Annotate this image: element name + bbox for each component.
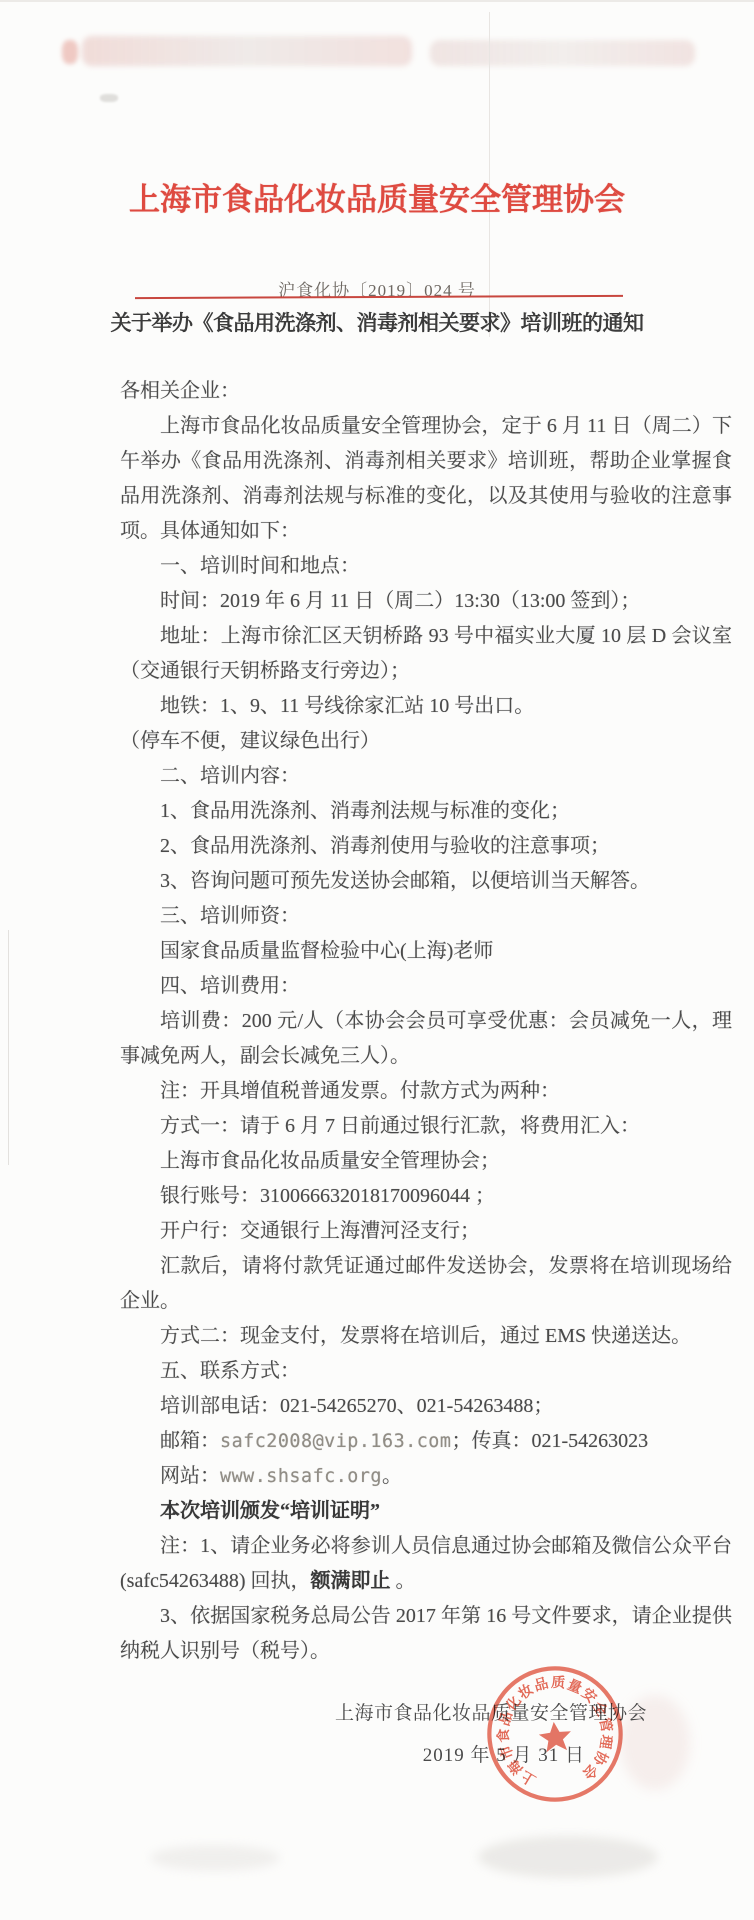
seal-character: 质 bbox=[551, 1674, 566, 1691]
paragraph-line: 方式一：请于 6 月 7 日前通过银行汇款，将费用汇入： bbox=[120, 1109, 732, 1144]
paragraph-line: 注：1、请企业务必将参训人员信息通过协会邮箱及微信公众平台(safc542634… bbox=[120, 1529, 732, 1599]
contact-value: safc2008@vip.163.com bbox=[220, 1431, 451, 1452]
text-segment: 3、咨询问题可预先发送协会邮箱，以便培训当天解答。 bbox=[160, 870, 650, 892]
paragraph-line: 国家食品质量监督检验中心(上海)老师 bbox=[120, 934, 732, 969]
paragraph-line: 开户行：交通银行上海漕河泾支行； bbox=[120, 1214, 732, 1249]
scanned-notice-page: { "colors": { "org_title_red": "#de4a40"… bbox=[0, 0, 754, 1920]
seal-character: 理 bbox=[597, 1734, 615, 1751]
scan-noise-line bbox=[8, 930, 9, 1165]
seal-character: 食 bbox=[495, 1728, 511, 1743]
scan-noise-band bbox=[430, 40, 695, 66]
text-segment: 二、培训内容： bbox=[160, 765, 300, 787]
paragraph-line: 1、食品用洗涤剂、消毒剂法规与标准的变化； bbox=[120, 794, 732, 829]
paragraph-line: 3、依据国家税务总局公告 2017 年第 16 号文件要求，请企业提供纳税人识别… bbox=[120, 1599, 732, 1669]
text-segment: 五、联系方式： bbox=[160, 1360, 300, 1382]
paragraph-line: （停车不便，建议绿色出行） bbox=[120, 724, 732, 759]
paragraph-line: 网站：www.shsafc.org。 bbox=[120, 1459, 732, 1494]
paragraph-line: 二、培训内容： bbox=[120, 759, 732, 794]
text-segment: 网站： bbox=[160, 1465, 220, 1487]
organization-letterhead-title: 上海市食品化妆品质量安全管理协会 bbox=[0, 174, 754, 219]
scan-noise-band bbox=[82, 36, 412, 66]
text-segment: 本次培训颁发“培训证明” bbox=[160, 1500, 380, 1522]
text-segment: 方式一：请于 6 月 7 日前通过银行汇款，将费用汇入： bbox=[160, 1115, 640, 1137]
text-segment: 上海市食品化妆品质量安全管理协会； bbox=[160, 1150, 500, 1172]
paragraph-line: 地铁：1、9、11 号线徐家汇站 10 号出口。 bbox=[120, 689, 732, 724]
scan-page-top-edge bbox=[0, 0, 754, 2]
text-segment: 四、培训费用： bbox=[160, 975, 300, 997]
seal-character: 管 bbox=[597, 1716, 615, 1733]
text-segment: 注：开具增值税普通发票。付款方式为两种： bbox=[160, 1080, 560, 1102]
text-segment: 培训费：200 元/人（本协会会员可享受优惠：会员减免一人，理事减免两人，副会长… bbox=[120, 1010, 732, 1067]
text-segment: 银行账号：310066632018170096044 ； bbox=[160, 1185, 495, 1207]
paragraph-line: 3、咨询问题可预先发送协会邮箱，以便培训当天解答。 bbox=[120, 864, 732, 899]
scan-noise-smudge bbox=[150, 1845, 280, 1871]
paragraph-line: 方式二：现金支付，发票将在培训后，通过 EMS 快递送达。 bbox=[120, 1319, 732, 1354]
paragraph-line: 培训费：200 元/人（本协会会员可享受优惠：会员减免一人，理事减免两人，副会长… bbox=[120, 1004, 732, 1074]
paragraph-line: 2、食品用洗涤剂、消毒剂使用与验收的注意事项； bbox=[120, 829, 732, 864]
paragraph-line: 一、培训时间和地点： bbox=[120, 549, 732, 584]
text-segment: （停车不便，建议绿色出行） bbox=[120, 730, 380, 752]
paragraph-line: 银行账号：310066632018170096044 ； bbox=[120, 1179, 732, 1214]
paragraph-line: 汇款后，请将付款凭证通过邮件发送协会，发票将在培训现场给企业。 bbox=[120, 1249, 732, 1319]
text-segment: 额满即止 bbox=[311, 1570, 391, 1592]
contact-value: www.shsafc.org bbox=[220, 1466, 382, 1487]
official-red-seal: 上海市食品化妆品质量安全管理协会 bbox=[473, 1652, 638, 1817]
text-segment: 。 bbox=[382, 1465, 402, 1487]
paragraph-line: 各相关企业： bbox=[120, 374, 732, 409]
text-segment: 培训部电话：021-54265270、021-54263488； bbox=[160, 1395, 553, 1417]
text-segment: 1、食品用洗涤剂、消毒剂法规与标准的变化； bbox=[160, 800, 570, 822]
text-segment: 邮箱： bbox=[160, 1430, 220, 1452]
paragraph-line: 三、培训师资： bbox=[120, 899, 732, 934]
seal-star-icon bbox=[538, 1720, 573, 1753]
text-segment: ；传真：021-54263023 bbox=[451, 1430, 648, 1452]
text-segment: 上海市食品化妆品质量安全管理协会，定于 6 月 11 日（周二）下午举办《食品用… bbox=[120, 415, 732, 542]
text-segment: 时间：2019 年 6 月 11 日（周二）13:30（13:00 签到）； bbox=[160, 590, 640, 612]
paragraph-line: 四、培训费用： bbox=[120, 969, 732, 1004]
paragraph-line: 本次培训颁发“培训证明” bbox=[120, 1494, 732, 1529]
notice-subject-title: 关于举办《食品用洗涤剂、消毒剂相关要求》培训班的通知 bbox=[0, 307, 754, 337]
paragraph-line: 注：开具增值税普通发票。付款方式为两种： bbox=[120, 1074, 732, 1109]
paragraph-line: 培训部电话：021-54265270、021-54263488； bbox=[120, 1389, 732, 1424]
paragraph-line: 邮箱：safc2008@vip.163.com；传真：021-54263023 bbox=[120, 1424, 732, 1459]
text-segment: 地址：上海市徐汇区天钥桥路 93 号中福实业大厦 10 层 D 会议室（交通银行… bbox=[120, 625, 732, 682]
paragraph-line: 地址：上海市徐汇区天钥桥路 93 号中福实业大厦 10 层 D 会议室（交通银行… bbox=[120, 619, 732, 689]
text-segment: 三、培训师资： bbox=[160, 905, 300, 927]
paragraph-line: 五、联系方式： bbox=[120, 1354, 732, 1389]
text-segment: 各相关企业： bbox=[120, 380, 240, 402]
scan-noise-speck bbox=[100, 94, 118, 102]
text-segment: 开户行：交通银行上海漕河泾支行； bbox=[160, 1220, 480, 1242]
paragraph-line: 上海市食品化妆品质量安全管理协会； bbox=[120, 1144, 732, 1179]
text-segment: 3、依据国家税务总局公告 2017 年第 16 号文件要求，请企业提供纳税人识别… bbox=[120, 1605, 732, 1662]
scan-noise-speck bbox=[62, 40, 78, 64]
seal-character: 品 bbox=[532, 1674, 550, 1693]
paragraph-line: 上海市食品化妆品质量安全管理协会，定于 6 月 11 日（周二）下午举办《食品用… bbox=[120, 409, 732, 549]
text-segment: 地铁：1、9、11 号线徐家汇站 10 号出口。 bbox=[160, 695, 534, 717]
seal-character: 市 bbox=[497, 1743, 517, 1762]
text-segment: 一、培训时间和地点： bbox=[160, 555, 360, 577]
document-body: 各相关企业：上海市食品化妆品质量安全管理协会，定于 6 月 11 日（周二）下午… bbox=[120, 374, 732, 1669]
scan-noise-smudge bbox=[478, 1836, 658, 1878]
paragraph-line: 时间：2019 年 6 月 11 日（周二）13:30（13:00 签到）； bbox=[120, 584, 732, 619]
text-segment: 方式二：现金支付，发票将在培训后，通过 EMS 快递送达。 bbox=[160, 1325, 691, 1347]
text-segment: 。 bbox=[391, 1570, 416, 1592]
text-segment: 注：1、请企业务必将参训人员信息通过协会邮箱及微信公众平台(safc542634… bbox=[120, 1535, 732, 1592]
text-segment: 汇款后，请将付款凭证通过邮件发送协会，发票将在培训现场给企业。 bbox=[120, 1255, 732, 1312]
text-segment: 国家食品质量监督检验中心(上海)老师 bbox=[160, 940, 493, 962]
text-segment: 2、食品用洗涤剂、消毒剂使用与验收的注意事项； bbox=[160, 835, 610, 857]
